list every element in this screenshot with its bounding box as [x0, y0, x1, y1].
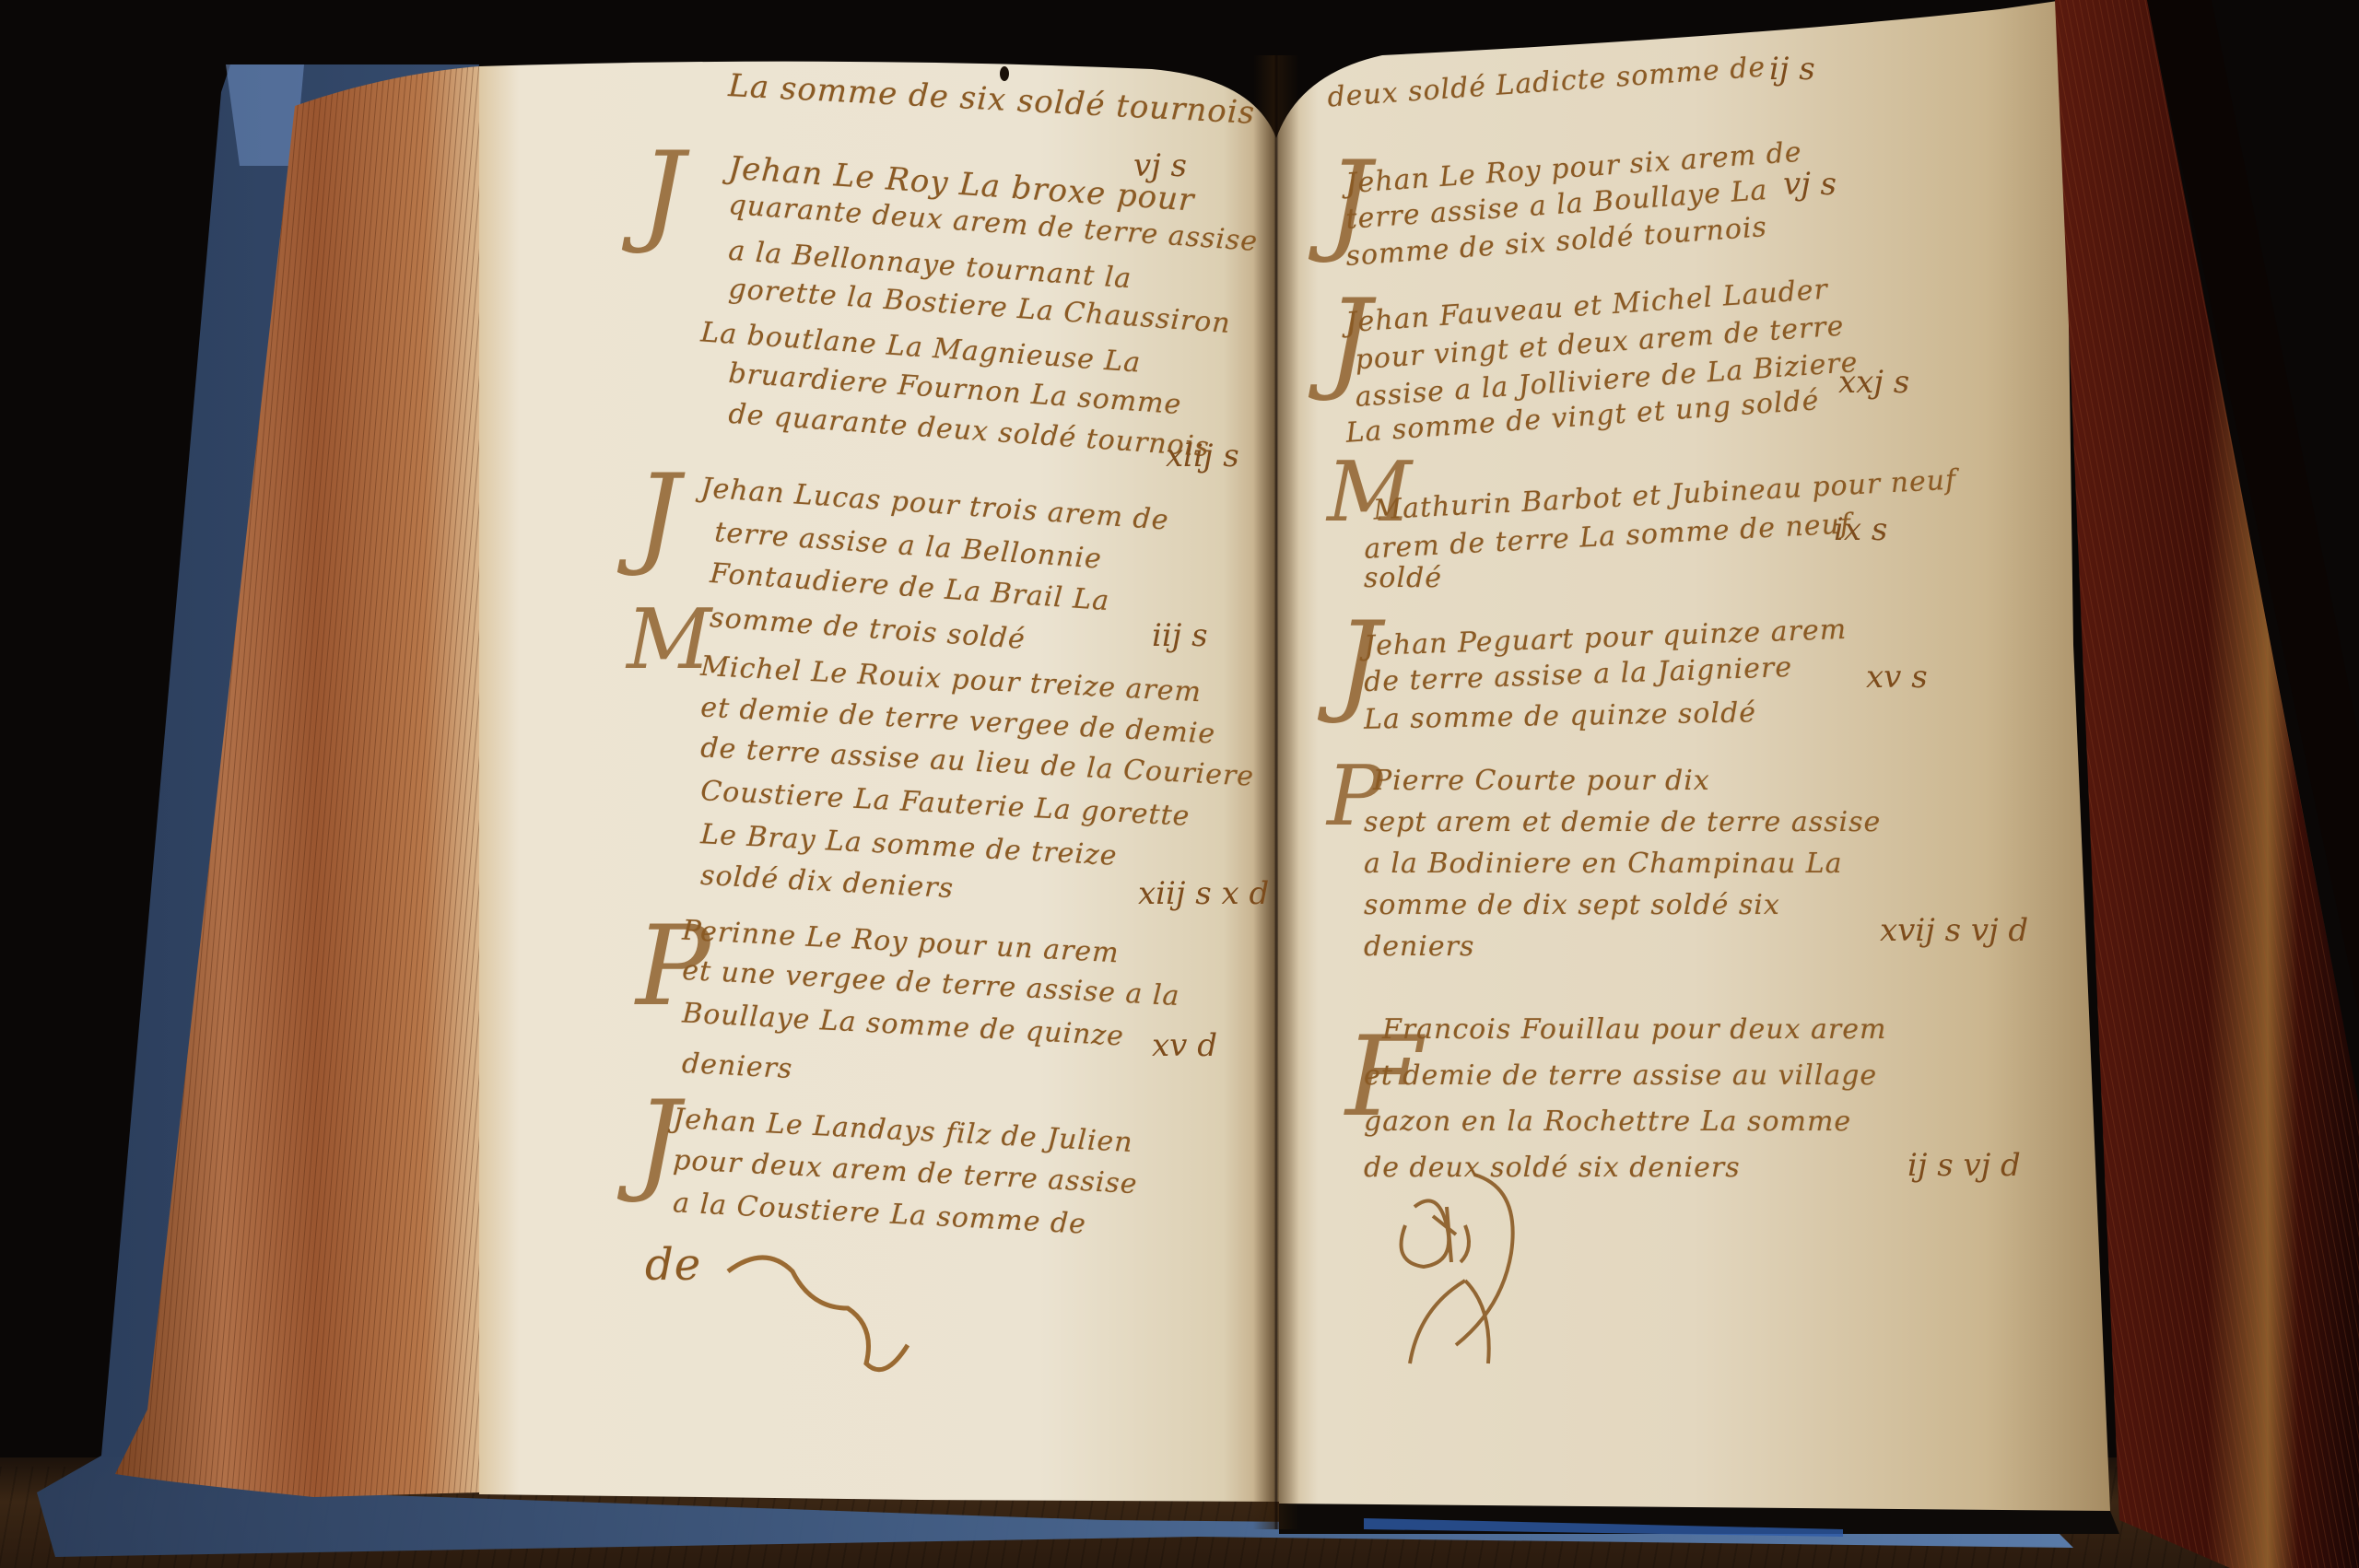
photo-scene: J J M P J La somme de six soldé tournois…: [0, 0, 2359, 1568]
signature-paraph-icon: [0, 0, 2359, 1568]
